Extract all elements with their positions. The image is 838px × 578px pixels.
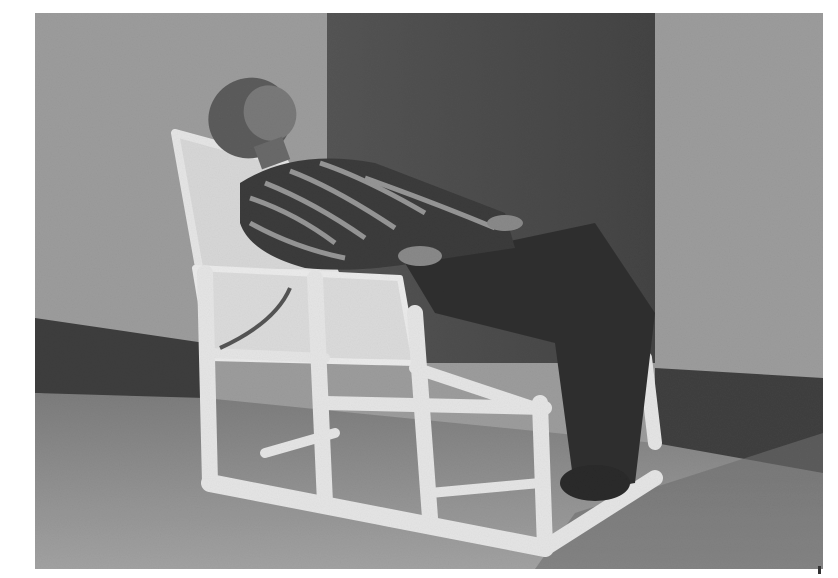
photograph (35, 13, 823, 569)
scan-speck (818, 566, 821, 574)
scene (35, 13, 823, 569)
